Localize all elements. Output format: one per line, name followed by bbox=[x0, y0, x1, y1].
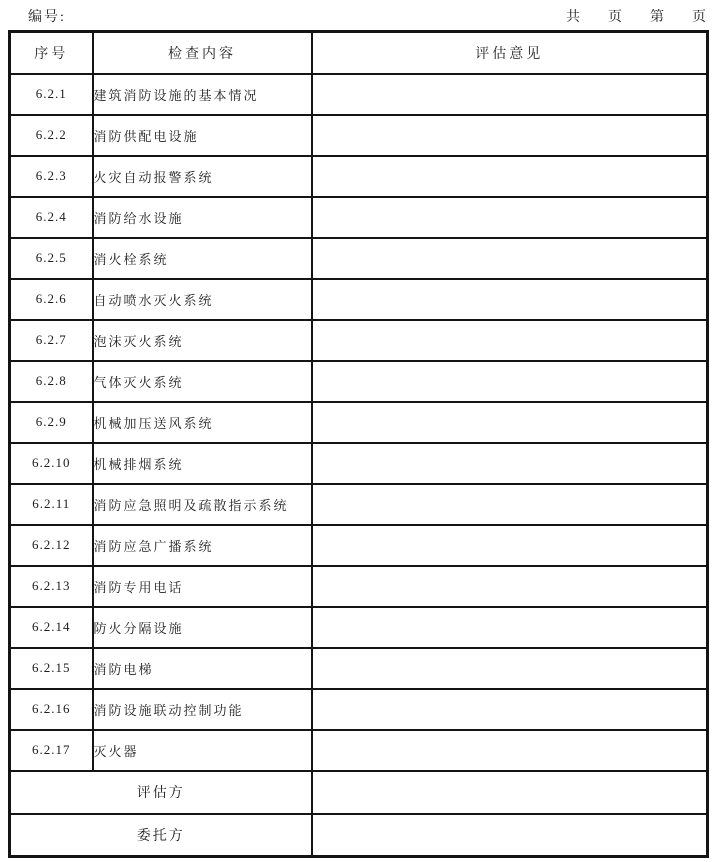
table-row: 6.2.10 机械排烟系统 bbox=[10, 443, 708, 484]
row-no: 6.2.14 bbox=[10, 607, 93, 648]
row-content: 灭火器 bbox=[93, 730, 312, 771]
opinion-cell bbox=[312, 730, 708, 771]
opinion-cell bbox=[312, 238, 708, 279]
table-row: 6.2.15 消防电梯 bbox=[10, 648, 708, 689]
opinion-cell bbox=[312, 607, 708, 648]
table-row: 6.2.5 消火栓系统 bbox=[10, 238, 708, 279]
opinion-cell bbox=[312, 361, 708, 402]
table-row: 6.2.8 气体灭火系统 bbox=[10, 361, 708, 402]
row-content: 机械加压送风系统 bbox=[93, 402, 312, 443]
row-content: 消防专用电话 bbox=[93, 566, 312, 607]
row-no: 6.2.17 bbox=[10, 730, 93, 771]
table-row: 6.2.3 火灾自动报警系统 bbox=[10, 156, 708, 197]
table-row: 6.2.1 建筑消防设施的基本情况 bbox=[10, 74, 708, 115]
row-content: 消防应急照明及疏散指示系统 bbox=[93, 484, 312, 525]
number-label: 编号: bbox=[28, 6, 66, 26]
opinion-cell bbox=[312, 566, 708, 607]
table-row: 6.2.4 消防给水设施 bbox=[10, 197, 708, 238]
table-row: 6.2.11 消防应急照明及疏散指示系统 bbox=[10, 484, 708, 525]
opinion-cell bbox=[312, 648, 708, 689]
row-no: 6.2.9 bbox=[10, 402, 93, 443]
row-content: 消防应急广播系统 bbox=[93, 525, 312, 566]
row-content: 建筑消防设施的基本情况 bbox=[93, 74, 312, 115]
opinion-cell bbox=[312, 402, 708, 443]
row-no: 6.2.2 bbox=[10, 115, 93, 156]
row-no: 6.2.8 bbox=[10, 361, 93, 402]
row-content: 自动喷水灭火系统 bbox=[93, 279, 312, 320]
page-count-label: 共 页 第 页 bbox=[566, 6, 706, 26]
row-content: 机械排烟系统 bbox=[93, 443, 312, 484]
column-header-opinion: 评估意见 bbox=[312, 32, 708, 74]
row-no: 6.2.16 bbox=[10, 689, 93, 730]
row-no: 6.2.6 bbox=[10, 279, 93, 320]
row-no: 6.2.5 bbox=[10, 238, 93, 279]
row-no: 6.2.15 bbox=[10, 648, 93, 689]
row-content: 消防给水设施 bbox=[93, 197, 312, 238]
opinion-cell bbox=[312, 279, 708, 320]
opinion-cell bbox=[312, 814, 708, 857]
page-top-bar: 编号: 共 页 第 页 bbox=[0, 0, 714, 30]
table-row: 6.2.13 消防专用电话 bbox=[10, 566, 708, 607]
opinion-cell bbox=[312, 771, 708, 814]
opinion-cell bbox=[312, 74, 708, 115]
row-content: 消防电梯 bbox=[93, 648, 312, 689]
client-label: 委托方 bbox=[10, 814, 312, 857]
opinion-cell bbox=[312, 525, 708, 566]
row-content: 气体灭火系统 bbox=[93, 361, 312, 402]
row-no: 6.2.1 bbox=[10, 74, 93, 115]
row-no: 6.2.4 bbox=[10, 197, 93, 238]
row-content: 消防设施联动控制功能 bbox=[93, 689, 312, 730]
column-header-no: 序号 bbox=[10, 32, 93, 74]
row-no: 6.2.11 bbox=[10, 484, 93, 525]
opinion-cell bbox=[312, 115, 708, 156]
row-content: 泡沫灭火系统 bbox=[93, 320, 312, 361]
row-no: 6.2.12 bbox=[10, 525, 93, 566]
opinion-cell bbox=[312, 197, 708, 238]
row-content: 防火分隔设施 bbox=[93, 607, 312, 648]
row-content: 消火栓系统 bbox=[93, 238, 312, 279]
table-row: 6.2.7 泡沫灭火系统 bbox=[10, 320, 708, 361]
row-no: 6.2.13 bbox=[10, 566, 93, 607]
opinion-cell bbox=[312, 443, 708, 484]
table-row: 6.2.14 防火分隔设施 bbox=[10, 607, 708, 648]
assessor-label: 评估方 bbox=[10, 771, 312, 814]
table-row: 6.2.9 机械加压送风系统 bbox=[10, 402, 708, 443]
row-no: 6.2.3 bbox=[10, 156, 93, 197]
row-no: 6.2.7 bbox=[10, 320, 93, 361]
table-row: 6.2.2 消防供配电设施 bbox=[10, 115, 708, 156]
opinion-cell bbox=[312, 156, 708, 197]
inspection-table: 序号 检查内容 评估意见 6.2.1 建筑消防设施的基本情况 6.2.2 消防供… bbox=[8, 30, 709, 858]
opinion-cell bbox=[312, 689, 708, 730]
table-row: 6.2.6 自动喷水灭火系统 bbox=[10, 279, 708, 320]
opinion-cell bbox=[312, 320, 708, 361]
row-content: 火灾自动报警系统 bbox=[93, 156, 312, 197]
table-header-row: 序号 检查内容 评估意见 bbox=[10, 32, 708, 74]
row-content: 消防供配电设施 bbox=[93, 115, 312, 156]
row-no: 6.2.10 bbox=[10, 443, 93, 484]
table-row: 6.2.16 消防设施联动控制功能 bbox=[10, 689, 708, 730]
table-row: 6.2.12 消防应急广播系统 bbox=[10, 525, 708, 566]
opinion-cell bbox=[312, 484, 708, 525]
column-header-content: 检查内容 bbox=[93, 32, 312, 74]
table-row-client: 委托方 bbox=[10, 814, 708, 857]
table-row-assessor: 评估方 bbox=[10, 771, 708, 814]
table-row: 6.2.17 灭火器 bbox=[10, 730, 708, 771]
